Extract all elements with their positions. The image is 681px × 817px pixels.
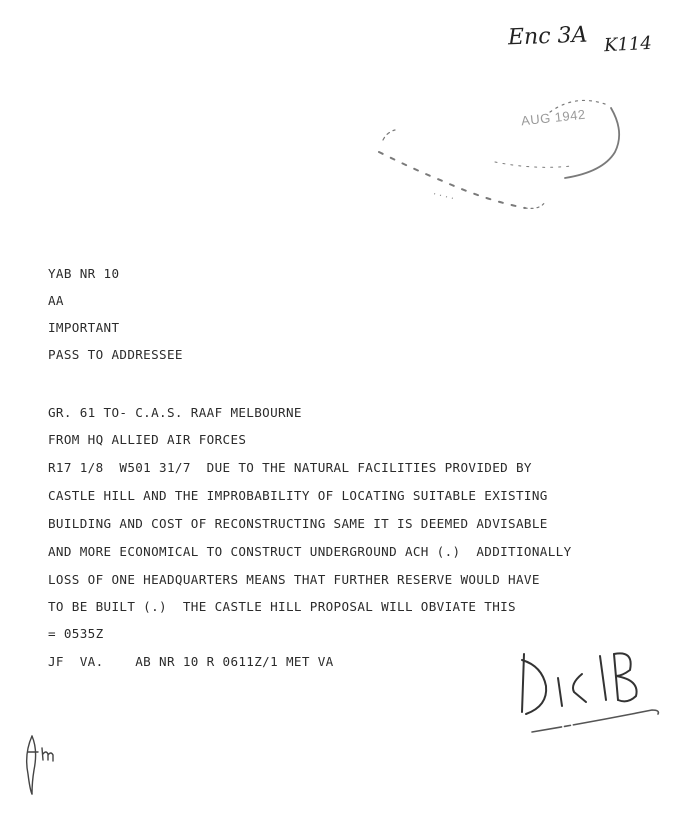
body-line: BUILDING AND COST OF RECONSTRUCTING SAME… [48,516,548,531]
header-line: YAB NR 10 [48,266,119,281]
body-line: LOSS OF ONE HEADQUARTERS MEANS THAT FURT… [48,572,540,587]
footer-line: = 0535Z [48,626,104,641]
folio-annotation: K114 [603,33,652,56]
signature-icon [512,640,662,740]
header-line: AA [48,293,64,308]
body-line: CASTLE HILL AND THE IMPROBABILITY OF LOC… [48,488,548,503]
footer-line: JF VA. AB NR 10 R 0611Z/1 MET VA [48,654,334,669]
header-line: PASS TO ADDRESSEE [48,347,183,362]
initials-icon [22,730,72,800]
signature [512,640,662,740]
address-line: GR. 61 TO- C.A.S. RAAF MELBOURNE [48,405,302,420]
address-line: FROM HQ ALLIED AIR FORCES [48,432,246,447]
body-line: AND MORE ECONOMICAL TO CONSTRUCT UNDERGR… [48,544,572,559]
telegram-page: Enc 3A K114 . . . . AUG 1942 YAB NR 10 A… [0,0,681,817]
svg-text:. . . .: . . . . [432,185,456,202]
header-line: IMPORTANT [48,320,119,335]
initials [22,730,72,800]
body-line: R17 1/8 W501 31/7 DUE TO THE NATURAL FAC… [48,460,532,475]
date-stamp: . . . . AUG 1942 [375,82,635,222]
stamp-outline-icon: . . . . [375,82,635,222]
body-line: TO BE BUILT (.) THE CASTLE HILL PROPOSAL… [48,599,516,614]
reference-annotation: Enc 3A [508,23,588,51]
